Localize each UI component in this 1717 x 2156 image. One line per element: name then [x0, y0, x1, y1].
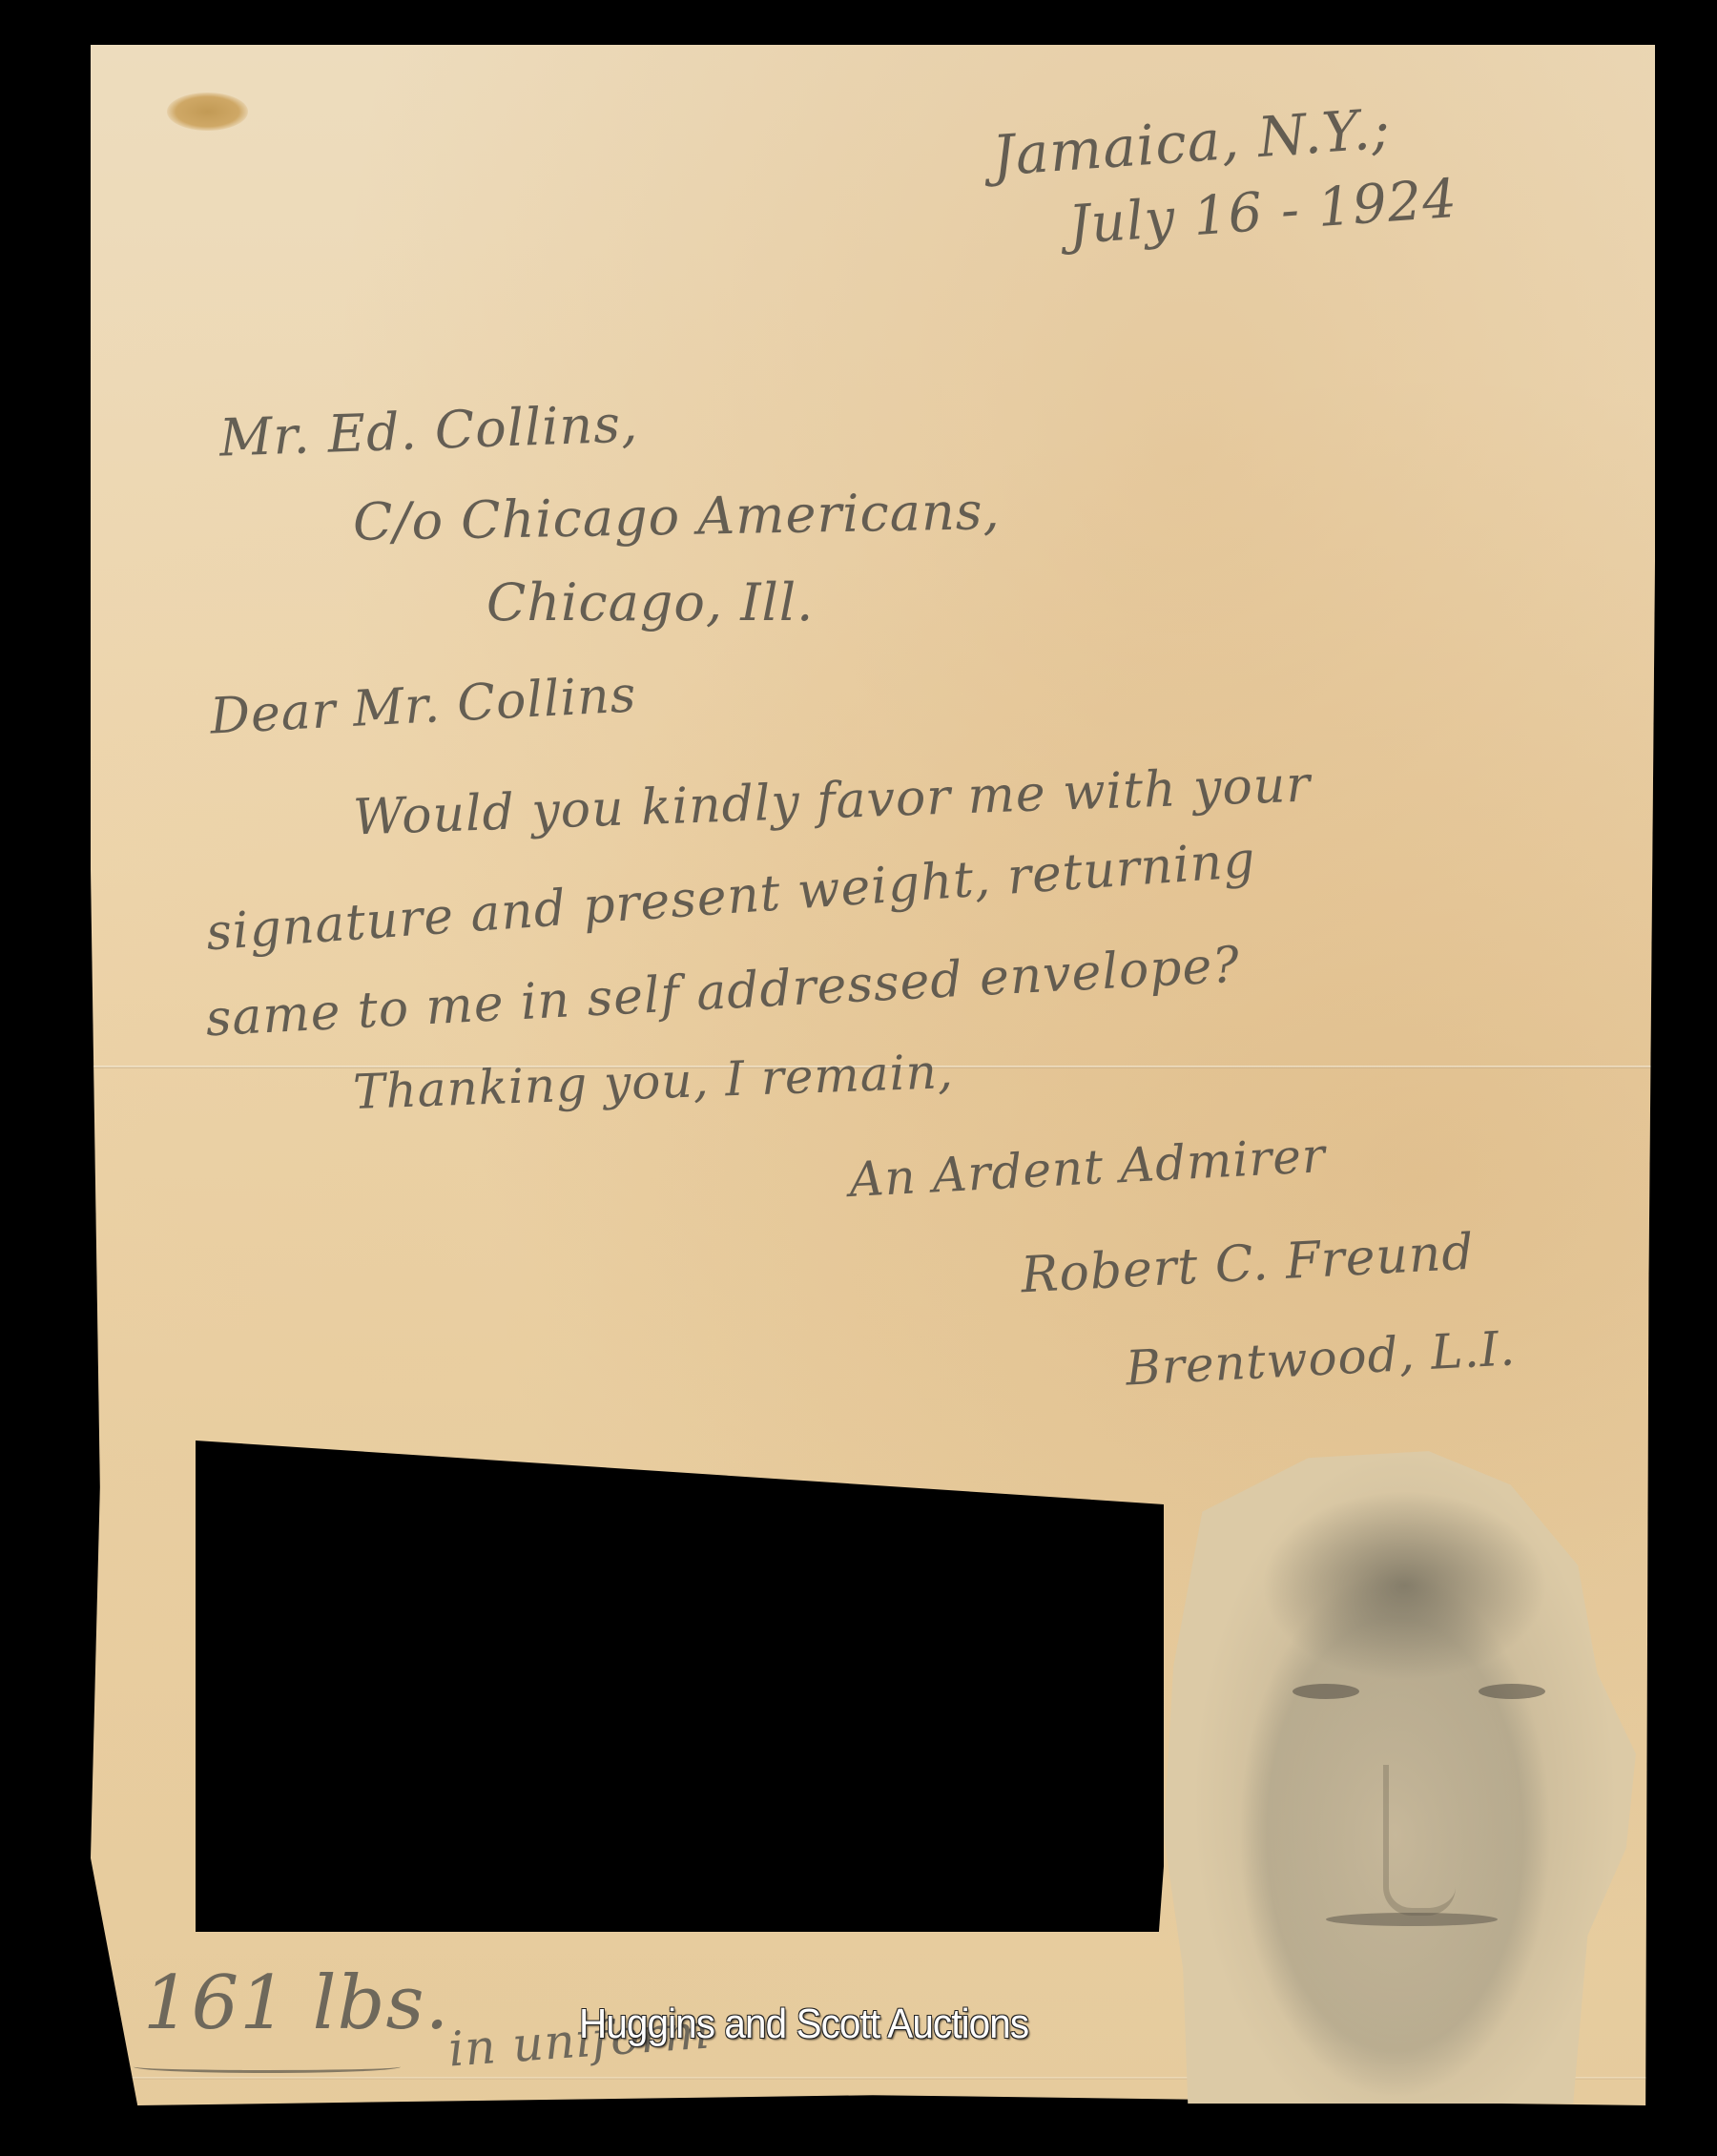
- photo-mouth: [1326, 1913, 1498, 1926]
- photo-eye-left: [1293, 1684, 1359, 1699]
- redacted-area: [196, 1441, 1164, 1932]
- photo-nose: [1383, 1765, 1456, 1916]
- weight-annotation: 161 lbs.: [143, 1960, 449, 2046]
- auction-watermark: Huggins and Scott Auctions: [579, 2001, 1028, 2048]
- weight-underline: [134, 2061, 401, 2073]
- paper-stain: [167, 93, 248, 131]
- recipient-city: Chicago, Ill.: [486, 572, 814, 632]
- photo-eye-right: [1479, 1684, 1545, 1699]
- recipient-organization: C/o Chicago Americans,: [353, 481, 1002, 552]
